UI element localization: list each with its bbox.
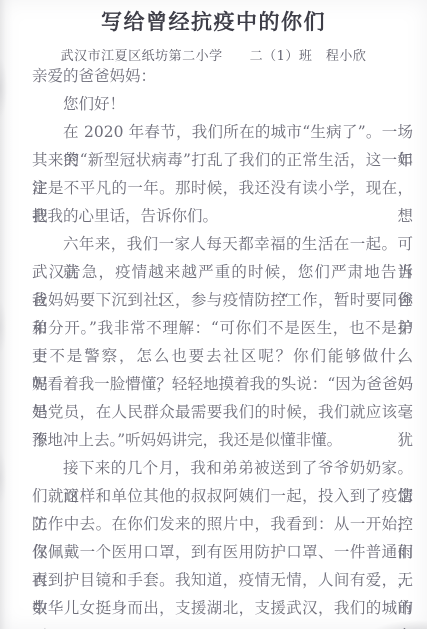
letter-line: 们就这样和单位其他的叔叔阿姨们一起，投入到了疫情防控 [32, 482, 413, 510]
letter-line: 工作中去。在你们发来的照片中，我看到：从一开始，你们 [32, 510, 413, 538]
letter-line: 接下来的几个月，我和弟弟被送到了爷爷奶奶家。而您 [32, 454, 413, 482]
letter-line: 弟分开。”我非常不理解：“可你们不是医生，也不是护士， [32, 314, 413, 342]
letter-body: 亲爱的爸爸妈妈：您们好！在 2020 年春节，我们所在的城市“生病了”。一场突如… [0, 62, 427, 622]
letter-line: 再到护目镜和手套。我知道，疫情无情，人间有爱，无数的 [32, 566, 413, 594]
letter-line: 爸妈妈要下沉到社区，参与疫情防控工作，暂时要同你和弟 [32, 286, 413, 314]
letter-line: 妈看着我一脸懵懂，轻轻地摸着我的头说：“因为爸爸妈妈 [32, 370, 413, 398]
letter-line: 在 2020 年春节，我们所在的城市“生病了”。一场突如 [32, 118, 413, 146]
letter-line: 定是不平凡的一年。那时候，我还没有读小学，现在，我想 [32, 174, 413, 202]
letter-line: 亲爱的爸爸妈妈： [32, 62, 413, 90]
letter-line: 其来的“新型冠状病毒”打乱了我们的正常生活，这一年注 [32, 146, 413, 174]
letter-line: 您们好！ [32, 90, 413, 118]
letter-line: 更不是警察，怎么也要去社区呢？你们能够做什么呢？”妈 [32, 342, 413, 370]
letter-page: 写给曾经抗疫中的你们 武汉市江夏区纸坊第二小学 二（1）班 程小欣 亲爱的爸爸妈… [0, 0, 427, 629]
letter-line: 六年来，我们一家人每天都幸福的生活在一起。可就当 [32, 230, 413, 258]
letter-line: 中华儿女挺身而出，支援湖北，支援武汉，我们的城市正在 [32, 594, 413, 622]
letter-line: 是党员，在人民群众最需要我们的时候，我们就应该毫不犹 [32, 398, 413, 426]
letter-line: 仅佩戴一个医用口罩，到有医用防护口罩、一件普通雨衣， [32, 538, 413, 566]
letter-line: 武汉告急，疫情越来越严重的时候，您们严肃地告诉我：“爸 [32, 258, 413, 286]
letter-title: 写给曾经抗疫中的你们 [0, 8, 427, 36]
